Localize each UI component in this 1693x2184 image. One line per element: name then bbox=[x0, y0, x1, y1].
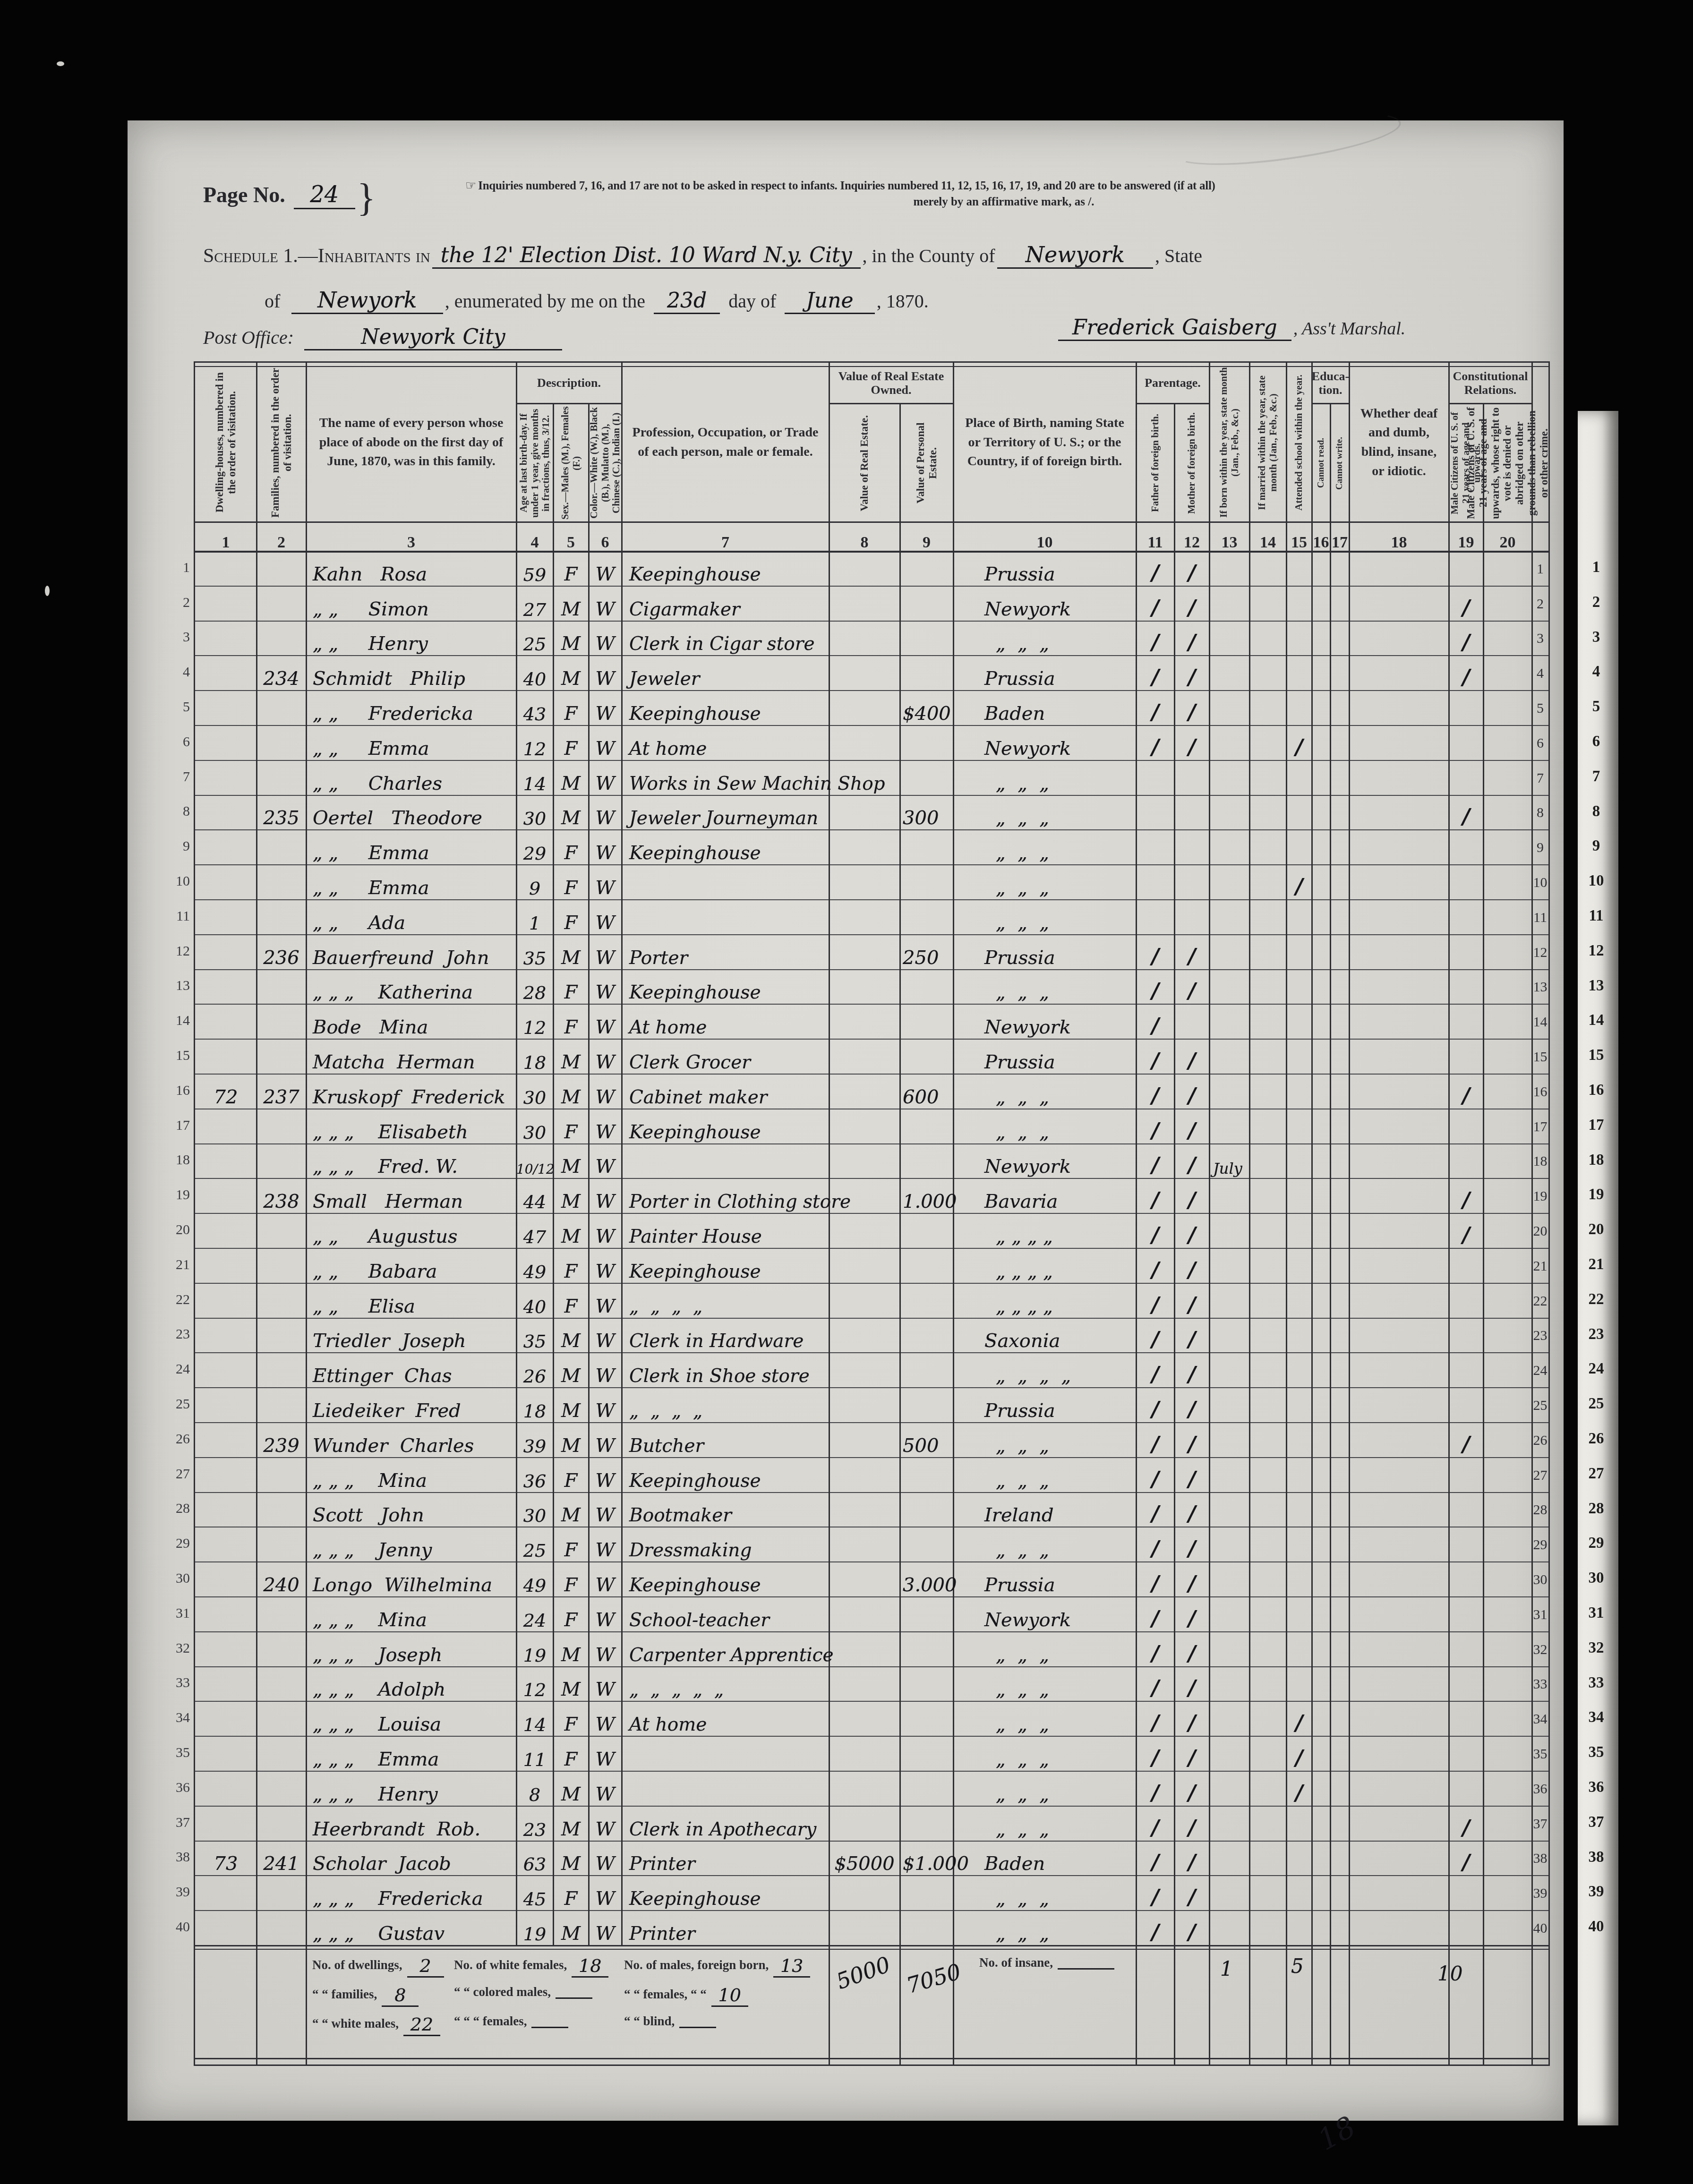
footer-col14-mark: 5 bbox=[1291, 1954, 1304, 1978]
row-number-right: 19 bbox=[1532, 1179, 1548, 1214]
cell-birthplace: Prussia bbox=[984, 669, 1055, 688]
mother-foreign-mark: / bbox=[1174, 1469, 1209, 1490]
cell-occupation: „ „ „ „ bbox=[629, 1297, 702, 1316]
row-number-left: 21 bbox=[170, 1247, 190, 1282]
cell-birthplace: „ „ „ „ bbox=[996, 1262, 1053, 1281]
cell-birthplace: Newyork bbox=[984, 1157, 1071, 1176]
table-row: Ettinger Chas26MWClerk in Shoe store„ „ … bbox=[195, 1353, 1548, 1388]
cell-age: 63 bbox=[516, 1855, 553, 1873]
column-number: 3 bbox=[306, 522, 516, 555]
next-page-row-number: 9 bbox=[1580, 837, 1613, 855]
row-number-right: 20 bbox=[1532, 1214, 1548, 1249]
row-number-left: 19 bbox=[170, 1177, 190, 1212]
row-number-right: 22 bbox=[1532, 1284, 1548, 1319]
cell-occupation: Keepinghouse bbox=[629, 1123, 761, 1142]
column-number: 11 bbox=[1136, 522, 1174, 555]
cell-age: 8 bbox=[516, 1786, 553, 1804]
row-number-right: 34 bbox=[1532, 1702, 1548, 1737]
row-number-right: 4 bbox=[1532, 656, 1548, 691]
table-row: „ „ Henry25MWClerk in Cigar store„ „ „//… bbox=[195, 622, 1548, 657]
cell-occupation: Butcher bbox=[629, 1437, 704, 1455]
film-speck bbox=[45, 586, 50, 596]
footer-insane-group: No. of insane, bbox=[979, 1955, 1114, 1970]
row-number-right: 37 bbox=[1532, 1807, 1548, 1842]
column-heading-cell: Male Citizens of U. S. of 21 years of ag… bbox=[1483, 404, 1532, 522]
cell-name: „ „ Augustus bbox=[313, 1227, 458, 1246]
day-of-label: day of bbox=[728, 290, 776, 312]
column-heading-cell: Attended school within the year. bbox=[1286, 363, 1312, 522]
cell-age: 44 bbox=[516, 1193, 553, 1211]
father-foreign-mark: / bbox=[1136, 1783, 1174, 1804]
cell-birthplace: Prussia bbox=[984, 1401, 1055, 1420]
table-row: 236Bauerfreund John35MWPorter250Prussia/… bbox=[195, 935, 1548, 970]
cell-personal-estate: 300 bbox=[903, 809, 939, 828]
cell-birthplace: Prussia bbox=[984, 1053, 1055, 1072]
father-foreign-mark: / bbox=[1136, 667, 1174, 688]
next-page-row-number: 11 bbox=[1580, 907, 1613, 925]
cell-age: 14 bbox=[516, 1716, 553, 1734]
film-background: Page No. 24 } ☞ Inquiries numbered 7, 16… bbox=[0, 0, 1693, 2184]
top-double-rule bbox=[195, 366, 1548, 367]
next-page-row-number: 33 bbox=[1580, 1674, 1613, 1692]
column-heading-cell: Value of Personal Estate. bbox=[900, 404, 953, 522]
page-no-label: Page No. bbox=[203, 183, 285, 207]
cell-age: 36 bbox=[516, 1472, 553, 1490]
father-foreign-mark: / bbox=[1136, 1016, 1174, 1037]
row-number-left: 29 bbox=[170, 1526, 190, 1561]
row-number-right: 32 bbox=[1532, 1632, 1548, 1667]
cell-dwelling: 73 bbox=[195, 1854, 257, 1873]
cell-color: W bbox=[589, 739, 622, 758]
next-page-row-number: 37 bbox=[1580, 1814, 1613, 1831]
cell-color: W bbox=[589, 1854, 622, 1873]
cell-birthplace: „ „ „ „ bbox=[996, 1227, 1053, 1246]
cell-color: W bbox=[589, 948, 622, 967]
cell-age: 27 bbox=[516, 601, 553, 619]
footer-tally-label: No. of white females, bbox=[454, 1958, 567, 1972]
next-page-row-number: 22 bbox=[1580, 1291, 1613, 1308]
cell-birthplace: Newyork bbox=[984, 739, 1071, 758]
mother-foreign-mark: / bbox=[1174, 1852, 1209, 1873]
mother-foreign-mark: / bbox=[1174, 1121, 1209, 1142]
mother-foreign-mark: / bbox=[1174, 667, 1209, 688]
group-heading: Constitutional Relations. bbox=[1449, 363, 1532, 404]
row-number-right: 15 bbox=[1532, 1040, 1548, 1075]
cell-occupation: Keepinghouse bbox=[629, 1263, 761, 1281]
cell-name: Triedler Joseph bbox=[313, 1331, 466, 1350]
cell-birthplace: „ „ „ bbox=[996, 1436, 1049, 1455]
group-heading: Description. bbox=[516, 363, 622, 404]
row-number-left: 30 bbox=[170, 1561, 190, 1596]
cell-sex: F bbox=[553, 1715, 589, 1734]
cell-age: 49 bbox=[516, 1263, 553, 1281]
cell-occupation: Jeweler Journeyman bbox=[629, 809, 818, 828]
schedule-prefix: Schedule 1.—Inhabitants in bbox=[203, 245, 430, 267]
cell-dwelling: 72 bbox=[195, 1088, 257, 1107]
cell-birthplace: „ „ „ bbox=[996, 1646, 1049, 1664]
cell-birthplace: „ „ „ „ bbox=[996, 1366, 1071, 1385]
cell-birthplace: „ „ „ bbox=[996, 634, 1049, 653]
table-row: Liedeiker Fred18MW„ „ „ „Prussia//25 bbox=[195, 1388, 1548, 1423]
next-page-row-number: 36 bbox=[1580, 1779, 1613, 1796]
next-page-row-number: 20 bbox=[1580, 1221, 1613, 1238]
cell-age: 45 bbox=[516, 1890, 553, 1908]
next-page-row-number: 19 bbox=[1580, 1186, 1613, 1203]
next-page-row-number: 10 bbox=[1580, 872, 1613, 890]
mother-foreign-mark: / bbox=[1174, 1539, 1209, 1560]
next-page-row-number: 13 bbox=[1580, 977, 1613, 995]
footer-tally-value bbox=[531, 2027, 568, 2028]
mother-foreign-mark: / bbox=[1174, 632, 1209, 653]
cell-sex: F bbox=[553, 1262, 589, 1281]
table-row: 240Longo Wilhelmina49FWKeepinghouse3.000… bbox=[195, 1562, 1548, 1597]
mother-foreign-mark: / bbox=[1174, 1225, 1209, 1246]
film-speck bbox=[57, 61, 64, 66]
cell-color: W bbox=[589, 983, 622, 1002]
row-number-right: 17 bbox=[1532, 1109, 1548, 1144]
column-heading: Sex.—Males (M.), Females (F.) bbox=[560, 406, 582, 520]
cell-age: 10/12 bbox=[516, 1163, 553, 1176]
cell-sex: F bbox=[553, 1750, 589, 1769]
cell-sex: F bbox=[553, 1018, 589, 1037]
footer-tally-group: “ “ “ females, bbox=[454, 2014, 568, 2029]
next-page-row-number: 34 bbox=[1580, 1709, 1613, 1726]
cell-age: 43 bbox=[516, 705, 553, 723]
column-heading: If married within the year, state month … bbox=[1257, 365, 1279, 520]
cell-personal-estate: $1.000 bbox=[903, 1854, 969, 1873]
father-foreign-mark: / bbox=[1136, 1887, 1174, 1908]
column-heading: Profession, Occupation, or Trade of each… bbox=[622, 420, 829, 464]
next-page-row-number: 1 bbox=[1580, 559, 1613, 576]
male-citizen-mark: / bbox=[1449, 1818, 1483, 1839]
cell-sex: M bbox=[553, 1401, 589, 1420]
cell-sex: F bbox=[553, 1541, 589, 1560]
column-number: 12 bbox=[1174, 522, 1209, 555]
cell-age: 12 bbox=[516, 740, 553, 758]
footer-tally-label: “ “ blind, bbox=[624, 2014, 675, 2028]
cell-color: W bbox=[589, 1715, 622, 1734]
cell-age: 59 bbox=[516, 566, 553, 584]
row-number-right: 7 bbox=[1532, 761, 1548, 796]
row-number-right: 40 bbox=[1532, 1911, 1548, 1946]
cell-birthplace: „ „ „ bbox=[996, 983, 1049, 1002]
cell-occupation: „ „ „ „ „ bbox=[629, 1681, 724, 1699]
row-number-left: 2 bbox=[170, 585, 190, 620]
cell-color: W bbox=[589, 1680, 622, 1699]
cell-occupation: Cabinet maker bbox=[629, 1088, 767, 1107]
row-number-right: 23 bbox=[1532, 1319, 1548, 1354]
cell-sex: M bbox=[553, 1227, 589, 1246]
cell-birthplace: Baden bbox=[984, 1854, 1045, 1873]
cell-color: W bbox=[589, 1576, 622, 1595]
father-foreign-mark: / bbox=[1136, 1852, 1174, 1873]
cell-name: „ „ „ Joseph bbox=[313, 1646, 442, 1664]
row-number-left: 4 bbox=[170, 655, 190, 690]
mother-foreign-mark: / bbox=[1174, 1399, 1209, 1420]
cell-color: W bbox=[589, 1750, 622, 1769]
father-foreign-mark: / bbox=[1136, 1086, 1174, 1107]
cell-age: 12 bbox=[516, 1681, 553, 1699]
month-value: June bbox=[785, 289, 874, 314]
next-page-row-number: 6 bbox=[1580, 733, 1613, 751]
cell-name: „ „ Elisa bbox=[313, 1297, 415, 1316]
day-value: 23d bbox=[654, 289, 720, 314]
row-number-left: 13 bbox=[170, 969, 190, 1004]
footer-tally-label: “ “ colored males, bbox=[454, 1985, 551, 1999]
cell-age: 49 bbox=[516, 1577, 553, 1595]
cell-name: Longo Wilhelmina bbox=[313, 1576, 492, 1595]
male-citizen-mark: / bbox=[1449, 1225, 1483, 1246]
group-heading: Parentage. bbox=[1136, 363, 1209, 404]
cell-color: W bbox=[589, 774, 622, 793]
cell-sex: M bbox=[553, 669, 589, 688]
cell-name: „ „ „ Adolph bbox=[313, 1680, 445, 1699]
cell-age: 28 bbox=[516, 984, 553, 1002]
row-number-right: 10 bbox=[1532, 865, 1548, 900]
cell-sex: M bbox=[553, 1820, 589, 1839]
enumerated-label: , enumerated by me on the bbox=[445, 290, 645, 312]
footer-tally-group: “ “ families,8 bbox=[312, 1985, 419, 2007]
father-foreign-mark: / bbox=[1136, 1225, 1174, 1246]
next-page-row-number: 39 bbox=[1580, 1883, 1613, 1901]
cell-name: „ „ Babara bbox=[313, 1262, 437, 1281]
next-page-row-number: 3 bbox=[1580, 629, 1613, 646]
cell-color: W bbox=[589, 634, 622, 653]
cell-color: W bbox=[589, 1053, 622, 1072]
state-label: , State bbox=[1155, 245, 1202, 266]
table-row: „ „ Emma9FW„ „ „/10 bbox=[195, 865, 1548, 900]
father-foreign-mark: / bbox=[1136, 702, 1174, 723]
footer-tally-group: No. of dwellings,2 bbox=[312, 1955, 444, 1978]
footer-tally-value: 2 bbox=[407, 1955, 444, 1978]
table-row: 73241Scholar Jacob63MWPrinter$5000$1.000… bbox=[195, 1842, 1548, 1877]
cell-name: „ „ „ Louisa bbox=[313, 1715, 441, 1734]
cell-birthplace: „ „ „ bbox=[996, 844, 1049, 862]
column-heading-cell: Sex.—Males (M.), Females (F.) bbox=[553, 404, 589, 522]
next-page-row-number: 17 bbox=[1580, 1117, 1613, 1134]
marshal-line: Frederick Gaisberg , Ass't Marshal. bbox=[1058, 316, 1405, 340]
cell-occupation: Keepinghouse bbox=[629, 565, 761, 584]
row-number-left: 40 bbox=[170, 1910, 190, 1945]
table-row: „ „ „ Joseph19MWCarpenter Apprentice„ „ … bbox=[195, 1632, 1548, 1667]
cell-color: W bbox=[589, 1262, 622, 1281]
male-citizen-mark: / bbox=[1449, 1434, 1483, 1455]
father-foreign-mark: / bbox=[1136, 1818, 1174, 1839]
cell-personal-estate: 3.000 bbox=[903, 1576, 957, 1595]
column-heading: Place of Birth, naming State or Territor… bbox=[953, 411, 1136, 474]
row40-double-rule2 bbox=[195, 1949, 1548, 1950]
mother-foreign-mark: / bbox=[1174, 1922, 1209, 1943]
table-row: „ „ „ Emma11FW„ „ „///35 bbox=[195, 1737, 1548, 1772]
cell-age: 40 bbox=[516, 670, 553, 688]
row-number-left: 39 bbox=[170, 1875, 190, 1910]
next-page-row-number: 28 bbox=[1580, 1500, 1613, 1518]
table-row: 238Small Herman44MWPorter in Clothing st… bbox=[195, 1179, 1548, 1214]
cell-age: 30 bbox=[516, 1089, 553, 1107]
table-row: „ „ Fredericka43FWKeepinghouse$400Baden/… bbox=[195, 691, 1548, 726]
cell-sex: F bbox=[553, 565, 589, 584]
cell-name: „ „ Simon bbox=[313, 600, 429, 619]
footer-tally-label: “ “ families, bbox=[312, 1987, 377, 2001]
cell-occupation: Keepinghouse bbox=[629, 705, 761, 723]
cell-birthplace: Prussia bbox=[984, 948, 1055, 967]
footer-col13-mark: 1 bbox=[1220, 1957, 1233, 1980]
row-number-right: 21 bbox=[1532, 1249, 1548, 1284]
mother-foreign-mark: / bbox=[1174, 1644, 1209, 1664]
attended-school-mark: / bbox=[1286, 877, 1312, 897]
cell-occupation: Dressmaking bbox=[629, 1541, 752, 1560]
footer-insane-label: No. of insane, bbox=[979, 1955, 1053, 1970]
next-page-row-number: 5 bbox=[1580, 698, 1613, 716]
cell-sex: F bbox=[553, 1889, 589, 1908]
cell-sex: M bbox=[553, 948, 589, 967]
cell-age: 25 bbox=[516, 635, 553, 653]
column-heading-cell: Dwelling-houses, numbered in the order o… bbox=[195, 363, 257, 522]
father-foreign-mark: / bbox=[1136, 981, 1174, 1002]
cell-age: 18 bbox=[516, 1402, 553, 1420]
father-foreign-mark: / bbox=[1136, 947, 1174, 967]
table-row: „ „ „ Louisa14FWAt home„ „ „///34 bbox=[195, 1702, 1548, 1737]
table-row: „ „ „ Fred. W.10/12MWNewyork//July18 bbox=[195, 1144, 1548, 1179]
cell-family: 234 bbox=[257, 669, 306, 688]
cell-name: „ „ „ Jenny bbox=[313, 1541, 432, 1560]
cell-family: 241 bbox=[257, 1854, 306, 1873]
row-number-left: 6 bbox=[170, 725, 190, 759]
cell-color: W bbox=[589, 1471, 622, 1490]
cell-birthplace: „ „ „ bbox=[996, 1471, 1049, 1490]
next-page-edge: 1234567891011121314151617181920212223242… bbox=[1578, 411, 1618, 2125]
father-foreign-mark: / bbox=[1136, 1609, 1174, 1629]
cell-sex: F bbox=[553, 983, 589, 1002]
cell-birthplace: „ „ „ „ bbox=[996, 1297, 1053, 1316]
table-row: „ „ „ Elisabeth30FWKeepinghouse„ „ „//17 bbox=[195, 1109, 1548, 1144]
post-office-label: Post Office: bbox=[203, 327, 294, 348]
row-number-right: 1 bbox=[1532, 552, 1548, 587]
row-number-right: 14 bbox=[1532, 1005, 1548, 1040]
cell-birthplace: „ „ „ bbox=[996, 1088, 1049, 1107]
row-number-left: 15 bbox=[170, 1038, 190, 1073]
cell-occupation: Bootmaker bbox=[629, 1506, 732, 1525]
mother-foreign-mark: / bbox=[1174, 563, 1209, 584]
cell-name: Bauerfreund John bbox=[313, 948, 489, 967]
row-number-right: 16 bbox=[1532, 1075, 1548, 1109]
column-heading: Mother of foreign birth. bbox=[1186, 412, 1197, 514]
cell-age: 25 bbox=[516, 1542, 553, 1560]
table-row: 234Schmidt Philip40MWJewelerPrussia///4 bbox=[195, 656, 1548, 691]
cell-sex: F bbox=[553, 1123, 589, 1142]
row-number-left: 12 bbox=[170, 934, 190, 969]
next-page-row-number: 32 bbox=[1580, 1639, 1613, 1657]
next-page-row-number: 8 bbox=[1580, 803, 1613, 820]
cell-birthplace: Prussia bbox=[984, 565, 1055, 584]
cell-birthplace: Baden bbox=[984, 704, 1045, 723]
cell-age: 26 bbox=[516, 1367, 553, 1385]
cell-age: 29 bbox=[516, 845, 553, 862]
mother-foreign-mark: / bbox=[1174, 737, 1209, 758]
cell-birthplace: „ „ „ bbox=[996, 1820, 1049, 1839]
row-number-right: 3 bbox=[1532, 622, 1548, 657]
footer-tally-value: 18 bbox=[572, 1955, 608, 1978]
cell-name: Kahn Rosa bbox=[313, 565, 427, 584]
instructions-line1: Inquiries numbered 7, 16, and 17 are not… bbox=[478, 179, 1215, 192]
cell-occupation: School-teacher bbox=[629, 1611, 770, 1629]
cell-personal-estate: 250 bbox=[903, 948, 939, 967]
footer-tally-label: “ “ females, “ “ bbox=[624, 1987, 707, 2001]
cell-birthplace: Saxonia bbox=[984, 1331, 1060, 1350]
cell-occupation: Keepinghouse bbox=[629, 1576, 761, 1595]
row-number-left: 25 bbox=[170, 1387, 190, 1422]
cell-sex: M bbox=[553, 1157, 589, 1176]
next-page-row-number: 29 bbox=[1580, 1535, 1613, 1552]
footer-tally-value: 8 bbox=[382, 1985, 419, 2007]
cell-color: W bbox=[589, 600, 622, 619]
row-number-right: 31 bbox=[1532, 1597, 1548, 1632]
row-number-left: 18 bbox=[170, 1143, 190, 1178]
row-number-left: 14 bbox=[170, 1003, 190, 1038]
cell-birthplace: „ „ „ bbox=[996, 1785, 1049, 1804]
cell-sex: F bbox=[553, 704, 589, 723]
cell-color: W bbox=[589, 1227, 622, 1246]
cell-sex: M bbox=[553, 634, 589, 653]
cell-name: „ „ Fredericka bbox=[313, 704, 473, 723]
table-row: Bode Mina12FWAt homeNewyork/14 bbox=[195, 1005, 1548, 1040]
cell-birthplace: „ „ „ bbox=[996, 809, 1049, 828]
footer-col19-mark: 10 bbox=[1437, 1962, 1462, 1985]
column-number: 9 bbox=[900, 522, 953, 555]
row-number-left: 36 bbox=[170, 1770, 190, 1805]
row-number-left: 8 bbox=[170, 794, 190, 829]
father-foreign-mark: / bbox=[1136, 1713, 1174, 1734]
footer-tally-value: 13 bbox=[773, 1955, 810, 1978]
column-heading: Value of Real Estate. bbox=[858, 415, 871, 512]
row-number-right: 6 bbox=[1532, 726, 1548, 761]
cell-name: Heerbrandt Rob. bbox=[313, 1820, 480, 1839]
column-heading: Value of Personal Estate. bbox=[915, 406, 939, 520]
cell-color: W bbox=[589, 1366, 622, 1385]
cell-family: 237 bbox=[257, 1088, 306, 1107]
cell-birthplace: „ „ „ bbox=[996, 1889, 1049, 1908]
footer-tally-value bbox=[556, 1997, 592, 1999]
next-page-row-number: 31 bbox=[1580, 1604, 1613, 1622]
father-foreign-mark: / bbox=[1136, 1469, 1174, 1490]
column-heading-cell: Profession, Occupation, or Trade of each… bbox=[622, 363, 829, 522]
footer-insane-value bbox=[1058, 1968, 1114, 1970]
cell-occupation: Clerk in Cigar store bbox=[629, 635, 815, 653]
cell-sex: M bbox=[553, 1053, 589, 1072]
cell-color: W bbox=[589, 1088, 622, 1107]
table-row: Heerbrandt Rob.23MWClerk in Apothecary„ … bbox=[195, 1807, 1548, 1842]
cell-occupation: Clerk in Hardware bbox=[629, 1332, 804, 1350]
table-row: „ „ „ Gustav19MWPrinter„ „ „//40 bbox=[195, 1911, 1548, 1946]
cell-name: „ „ Emma bbox=[313, 739, 429, 758]
column-heading: Cannot write. bbox=[1334, 437, 1344, 490]
table-row: 235Oertel Theodore30MWJeweler Journeyman… bbox=[195, 796, 1548, 831]
cell-name: Wunder Charles bbox=[313, 1436, 474, 1455]
column-number: 4 bbox=[516, 522, 553, 555]
column-number: 19 bbox=[1449, 522, 1483, 555]
cell-occupation: Clerk in Shoe store bbox=[629, 1367, 810, 1385]
row-number-left: 34 bbox=[170, 1700, 190, 1735]
cell-color: W bbox=[589, 1820, 622, 1839]
post-office-line: Post Office: Newyork City bbox=[203, 325, 562, 349]
column-heading-cell: Families, numbered in the order of visit… bbox=[257, 363, 306, 522]
cell-sex: M bbox=[553, 1646, 589, 1664]
footer-tally-value: 22 bbox=[403, 2014, 440, 2036]
cell-occupation: At home bbox=[629, 1018, 707, 1037]
cell-occupation: Keepinghouse bbox=[629, 983, 761, 1002]
footer-tally-label: “ “ white males, bbox=[312, 2016, 399, 2030]
instructions-line2: merely by an affirmative mark, as /. bbox=[914, 196, 1094, 208]
